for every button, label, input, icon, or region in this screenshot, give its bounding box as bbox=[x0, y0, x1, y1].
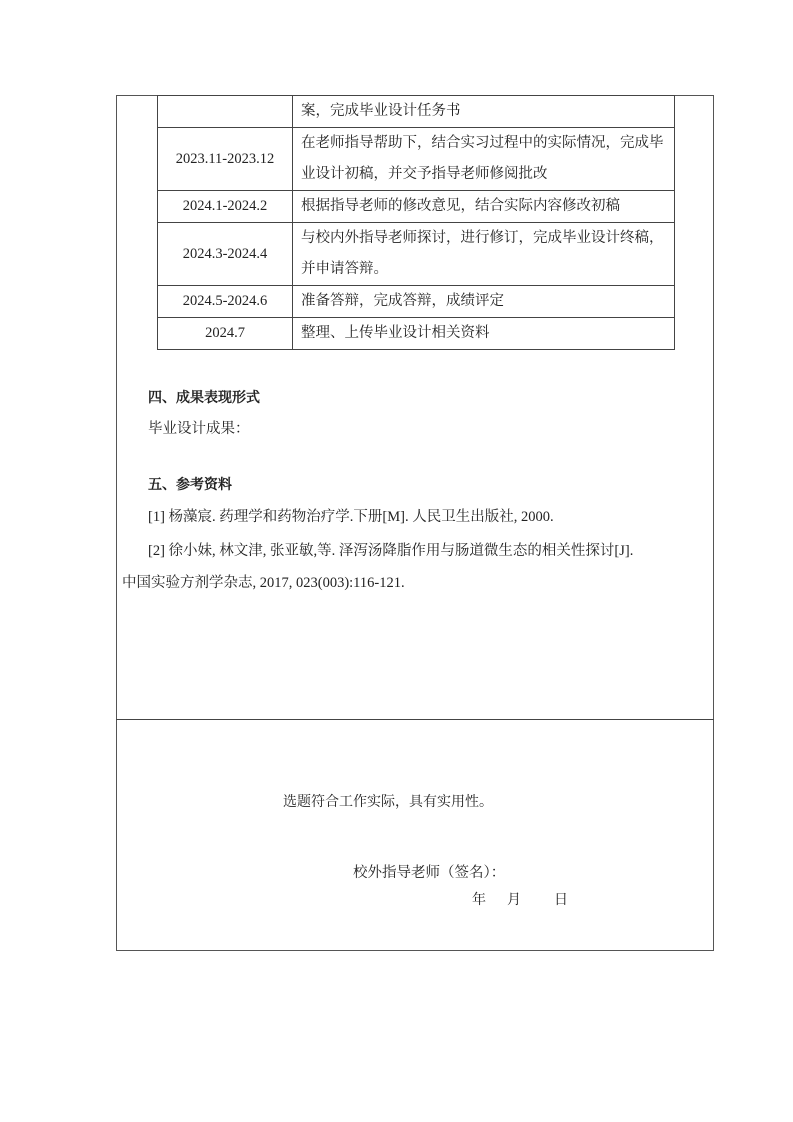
date-cell bbox=[158, 96, 293, 128]
desc-cell: 准备答辩，完成答辩，成绩评定 bbox=[293, 286, 675, 318]
desc-cell: 在老师指导帮助下，结合实习过程中的实际情况，完成毕业设计初稿，并交予指导老师修阅… bbox=[293, 128, 675, 191]
date-cell: 2023.11-2023.12 bbox=[158, 128, 293, 191]
table-row: 2024.3-2024.4 与校内外指导老师探讨，进行修订，完成毕业设计终稿，并… bbox=[158, 223, 675, 286]
section5-heading: 五、参考资料 bbox=[148, 474, 232, 494]
review-comment: 选题符合工作实际，具有实用性。 bbox=[283, 791, 493, 811]
desc-cell: 整理、上传毕业设计相关资料 bbox=[293, 318, 675, 350]
section4-heading: 四、成果表现形式 bbox=[148, 387, 260, 407]
table-row: 2024.1-2024.2 根据指导老师的修改意见，结合实际内容修改初稿 bbox=[158, 191, 675, 223]
reference-item: [1] 杨藻宸. 药理学和药物治疗学.下册[M]. 人民卫生出版社, 2000. bbox=[148, 505, 554, 526]
desc-cell: 与校内外指导老师探讨，进行修订，完成毕业设计终稿，并申请答辩。 bbox=[293, 223, 675, 286]
table-row: 2024.7 整理、上传毕业设计相关资料 bbox=[158, 318, 675, 350]
date-day-label: 日 bbox=[554, 889, 568, 909]
table-row: 2024.5-2024.6 准备答辩，完成答辩，成绩评定 bbox=[158, 286, 675, 318]
table-row: 2023.11-2023.12 在老师指导帮助下，结合实习过程中的实际情况，完成… bbox=[158, 128, 675, 191]
date-cell: 2024.7 bbox=[158, 318, 293, 350]
desc-cell: 案，完成毕业设计任务书 bbox=[293, 96, 675, 128]
date-cell: 2024.3-2024.4 bbox=[158, 223, 293, 286]
date-cell: 2024.5-2024.6 bbox=[158, 286, 293, 318]
table-row: 案，完成毕业设计任务书 bbox=[158, 96, 675, 128]
section4-body: 毕业设计成果： bbox=[148, 417, 250, 438]
date-cell: 2024.1-2024.2 bbox=[158, 191, 293, 223]
date-month-label: 月 bbox=[507, 889, 521, 909]
signature-label: 校外指导老师（签名）： bbox=[353, 861, 505, 882]
reference-continuation: 中国实验方剂学杂志, 2017, 023(003):116-121. bbox=[122, 571, 405, 592]
desc-cell: 根据指导老师的修改意见，结合实际内容修改初稿 bbox=[293, 191, 675, 223]
date-year-label: 年 bbox=[472, 889, 486, 909]
section-divider bbox=[116, 719, 714, 720]
schedule-table: 案，完成毕业设计任务书 2023.11-2023.12 在老师指导帮助下，结合实… bbox=[157, 95, 675, 350]
reference-item: [2] 徐小妹, 林文津, 张亚敏,等. 泽泻汤降脂作用与肠道微生态的相关性探讨… bbox=[148, 539, 633, 560]
